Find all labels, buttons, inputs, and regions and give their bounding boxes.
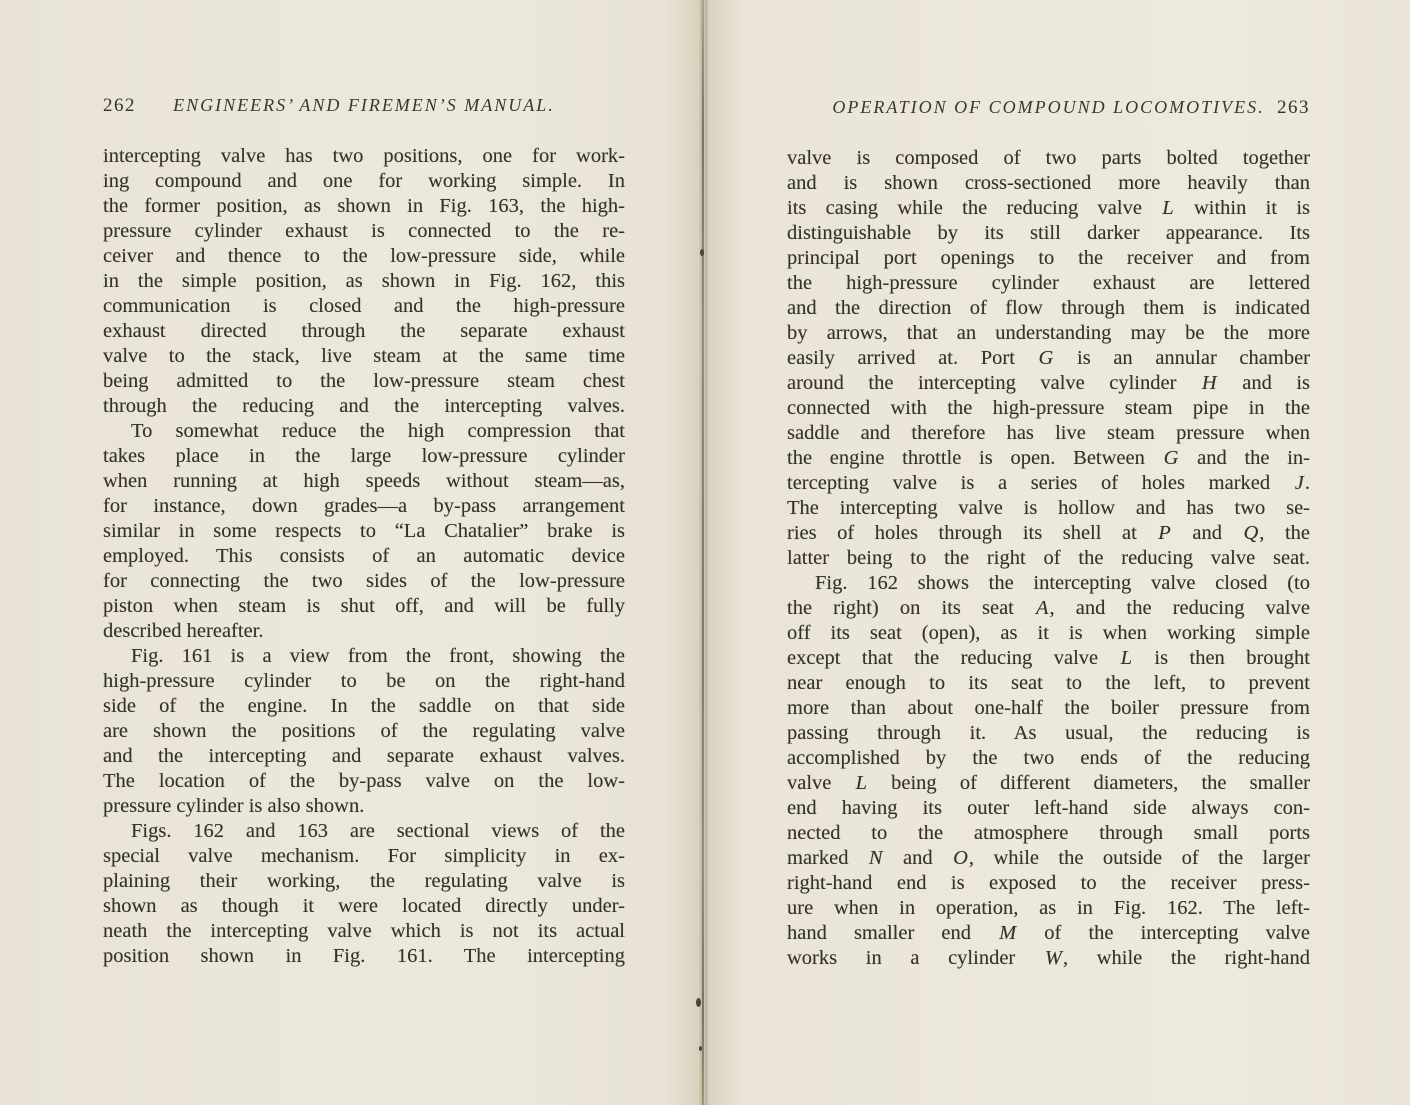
text-line: high-pressure cylinder to be on the righ… xyxy=(103,669,625,694)
text-line: the engine throttle is open. Between G a… xyxy=(787,446,1310,471)
text-line: The intercepting valve is hollow and has… xyxy=(787,496,1310,521)
text-line: saddle and therefore has live steam pres… xyxy=(787,421,1310,446)
text-line: when running at high speeds without stea… xyxy=(103,469,625,494)
text-line: Fig. 161 is a view from the front, showi… xyxy=(103,644,625,669)
text-line: and the intercepting and separate exhaus… xyxy=(103,744,625,769)
text-line: around the intercepting valve cylinder H… xyxy=(787,371,1310,396)
right-running-title: OPERATION OF COMPOUND LOCOMOTIVES. xyxy=(787,95,1310,120)
text-line: The location of the by-pass valve on the… xyxy=(103,769,625,794)
text-line: position shown in Fig. 161. The intercep… xyxy=(103,944,625,969)
text-line: works in a cylinder W, while the right-h… xyxy=(787,946,1310,971)
text-line: latter being to the right of the reducin… xyxy=(787,546,1310,571)
text-line: more than about one-half the boiler pres… xyxy=(787,696,1310,721)
text-line: valve L being of different diameters, th… xyxy=(787,771,1310,796)
paper-speck xyxy=(700,249,704,256)
italic-reference-letter: M xyxy=(998,922,1017,944)
text-line: distinguishable by its still darker appe… xyxy=(787,221,1310,246)
text-line: Figs. 162 and 163 are sectional views of… xyxy=(103,819,625,844)
text-line: plaining their working, the regulating v… xyxy=(103,869,625,894)
text-line: the right) on its seat A, and the reduci… xyxy=(787,596,1310,621)
text-line: connected with the high-pressure steam p… xyxy=(787,396,1310,421)
text-line: easily arrived at. Port G is an annular … xyxy=(787,346,1310,371)
text-line: takes place in the large low-pressure cy… xyxy=(103,444,625,469)
text-line: pressure cylinder exhaust is connected t… xyxy=(103,219,625,244)
italic-reference-letter: W xyxy=(1044,947,1063,969)
right-page-number: 263 xyxy=(1277,95,1310,120)
text-line: employed. This consists of an automatic … xyxy=(103,544,625,569)
right-page: OPERATION OF COMPOUND LOCOMOTIVES. 263 v… xyxy=(705,0,1410,1105)
text-line: for connecting the two sides of the low-… xyxy=(103,569,625,594)
text-line: by arrows, that an understanding may be … xyxy=(787,321,1310,346)
text-line: except that the reducing valve L is then… xyxy=(787,646,1310,671)
italic-reference-letter: L xyxy=(855,772,868,794)
text-line: through the reducing and the interceptin… xyxy=(103,394,625,419)
text-line: tercepting valve is a series of holes ma… xyxy=(787,471,1310,496)
text-line: are shown the positions of the regulatin… xyxy=(103,719,625,744)
book-spread: 262 ENGINEERS’ AND FIREMEN’S MANUAL. int… xyxy=(0,0,1410,1105)
text-line: its casing while the reducing valve L wi… xyxy=(787,196,1310,221)
text-line: and is shown cross-sectioned more heavil… xyxy=(787,171,1310,196)
left-running-title: ENGINEERS’ AND FIREMEN’S MANUAL. xyxy=(103,93,625,118)
text-line: communication is closed and the high-pre… xyxy=(103,294,625,319)
text-line: ure when in operation, as in Fig. 162. T… xyxy=(787,896,1310,921)
right-page-column: OPERATION OF COMPOUND LOCOMOTIVES. 263 v… xyxy=(787,95,1310,971)
left-page-number: 262 xyxy=(103,93,136,118)
text-line: To somewhat reduce the high compression … xyxy=(103,419,625,444)
text-line: near enough to its seat to the left, to … xyxy=(787,671,1310,696)
text-line: accomplished by the two ends of the redu… xyxy=(787,746,1310,771)
text-line: for instance, down grades—a by-pass arra… xyxy=(103,494,625,519)
right-page-header: OPERATION OF COMPOUND LOCOMOTIVES. 263 xyxy=(787,95,1310,120)
text-line: ing compound and one for working simple.… xyxy=(103,169,625,194)
text-line: special valve mechanism. For simplicity … xyxy=(103,844,625,869)
text-line: the high-pressure cylinder exhaust are l… xyxy=(787,271,1310,296)
left-page-body: intercepting valve has two positions, on… xyxy=(103,144,625,969)
text-line: pressure cylinder is also shown. xyxy=(103,794,625,819)
italic-reference-letter: G xyxy=(1163,447,1180,469)
italic-reference-letter: O xyxy=(952,847,969,869)
paper-speck xyxy=(699,1046,702,1051)
text-line: nected to the atmosphere through small p… xyxy=(787,821,1310,846)
text-line: valve is composed of two parts bolted to… xyxy=(787,146,1310,171)
text-line: in the simple position, as shown in Fig.… xyxy=(103,269,625,294)
text-line: and the direction of flow through them i… xyxy=(787,296,1310,321)
text-line: end having its outer left-hand side alwa… xyxy=(787,796,1310,821)
text-line: principal port openings to the receiver … xyxy=(787,246,1310,271)
italic-reference-letter: A xyxy=(1035,597,1050,619)
text-line: described hereafter. xyxy=(103,619,625,644)
text-line: piston when steam is shut off, and will … xyxy=(103,594,625,619)
text-line: intercepting valve has two positions, on… xyxy=(103,144,625,169)
text-line: ries of holes through its shell at P and… xyxy=(787,521,1310,546)
book-gutter xyxy=(702,0,704,1105)
left-page: 262 ENGINEERS’ AND FIREMEN’S MANUAL. int… xyxy=(0,0,703,1105)
italic-reference-letter: G xyxy=(1038,347,1055,369)
text-line: similar in some respects to “La Chatalie… xyxy=(103,519,625,544)
text-line: side of the engine. In the saddle on tha… xyxy=(103,694,625,719)
right-page-body: valve is composed of two parts bolted to… xyxy=(787,146,1310,971)
italic-reference-letter: P xyxy=(1157,522,1172,544)
text-line: shown as though it were located directly… xyxy=(103,894,625,919)
left-page-header: 262 ENGINEERS’ AND FIREMEN’S MANUAL. xyxy=(103,93,625,118)
text-line: neath the intercepting valve which is no… xyxy=(103,919,625,944)
text-line: the former position, as shown in Fig. 16… xyxy=(103,194,625,219)
italic-reference-letter: L xyxy=(1120,647,1133,669)
text-line: exhaust directed through the separate ex… xyxy=(103,319,625,344)
text-line: ceiver and thence to the low-pressure si… xyxy=(103,244,625,269)
text-line: passing through it. As usual, the reduci… xyxy=(787,721,1310,746)
text-line: valve to the stack, live steam at the sa… xyxy=(103,344,625,369)
text-line: right-hand end is exposed to the receive… xyxy=(787,871,1310,896)
left-page-column: 262 ENGINEERS’ AND FIREMEN’S MANUAL. int… xyxy=(103,93,625,969)
text-line: hand smaller end M of the intercepting v… xyxy=(787,921,1310,946)
italic-reference-letter: J xyxy=(1294,472,1305,494)
text-line: off its seat (open), as it is when worki… xyxy=(787,621,1310,646)
italic-reference-letter: H xyxy=(1201,372,1218,394)
italic-reference-letter: L xyxy=(1161,197,1174,219)
text-line: marked N and O, while the outside of the… xyxy=(787,846,1310,871)
text-line: being admitted to the low-pressure steam… xyxy=(103,369,625,394)
italic-reference-letter: Q xyxy=(1242,522,1259,544)
paper-speck xyxy=(696,998,701,1007)
italic-reference-letter: N xyxy=(868,847,884,869)
text-line: Fig. 162 shows the intercepting valve cl… xyxy=(787,571,1310,596)
